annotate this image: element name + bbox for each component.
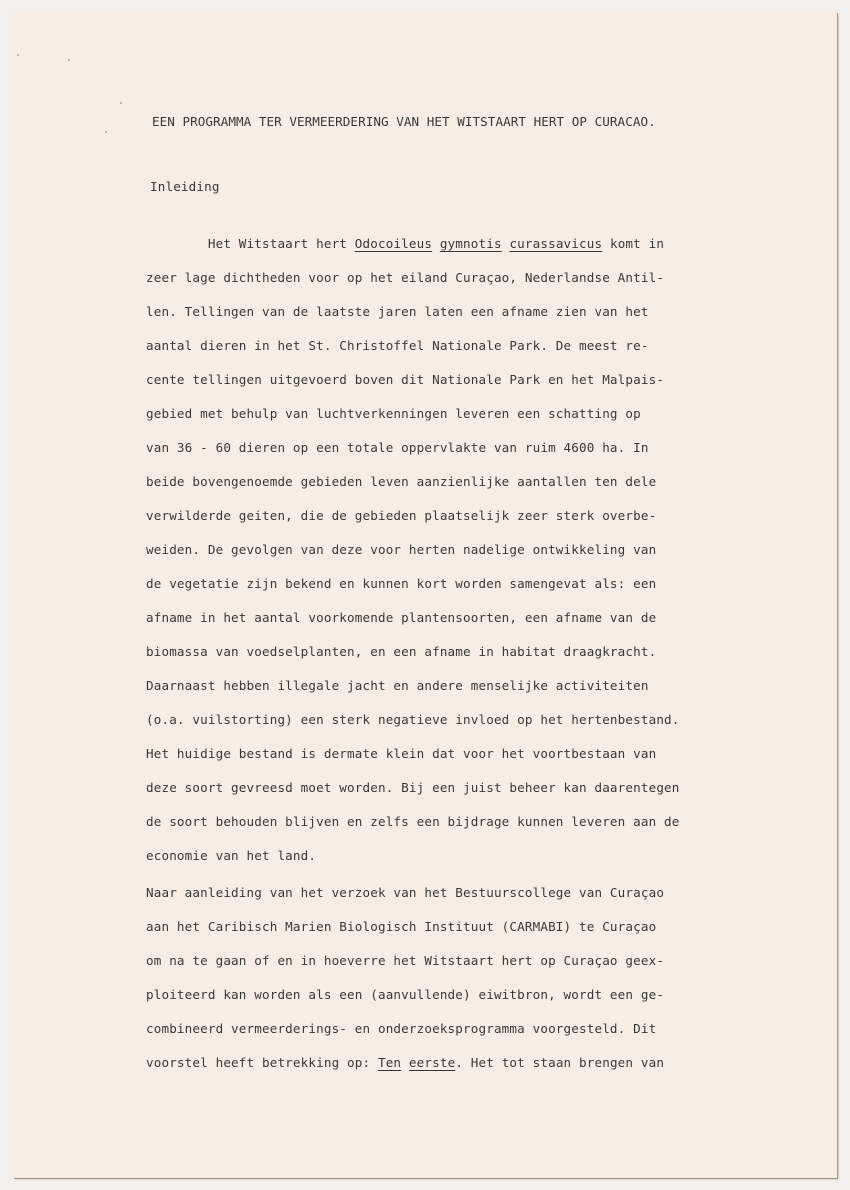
paragraph-line: biomassa van voedselplanten, en een afna…	[146, 643, 656, 661]
paragraph-line: aan het Caribisch Marien Biologisch Inst…	[146, 918, 656, 936]
species-genus: Odocoileus	[355, 236, 432, 251]
paper-speck	[17, 54, 19, 56]
paragraph-line: (o.a. vuilstorting) een sterk negatieve …	[146, 711, 680, 729]
paragraph-line: combineerd vermeerderings- en onderzoeks…	[146, 1020, 656, 1038]
paragraph-line: len. Tellingen van de laatste jaren late…	[146, 303, 649, 321]
paragraph-line: cente tellingen uitgevoerd boven dit Nat…	[146, 371, 664, 389]
paper-speck	[120, 102, 122, 104]
paragraph-line: beide bovengenoemde gebieden leven aanzi…	[146, 473, 656, 491]
paragraph-line: ploiteerd kan worden als een (aanvullend…	[146, 986, 664, 1004]
text-run	[401, 1055, 409, 1070]
text-run: voorstel heeft betrekking op:	[146, 1055, 378, 1070]
paragraph-line: afname in het aantal voorkomende planten…	[146, 609, 656, 627]
paragraph-line: Daarnaast hebben illegale jacht en ander…	[146, 677, 649, 695]
paragraph-line: aantal dieren in het St. Christoffel Nat…	[146, 337, 649, 355]
document-title: EEN PROGRAMMA TER VERMEERDERING VAN HET …	[152, 114, 656, 129]
paragraph-line: verwilderde geiten, die de gebieden plaa…	[146, 507, 656, 525]
paragraph-line: Het Witstaart hert Odocoileus gymnotis c…	[146, 235, 664, 253]
species-subspecies: curassavicus	[509, 236, 602, 251]
paragraph-line: de soort behouden blijven en zelfs een b…	[146, 813, 680, 831]
paragraph-line: zeer lage dichtheden voor op het eiland …	[146, 269, 664, 287]
paragraph-line: gebied met behulp van luchtverkenningen …	[146, 405, 641, 423]
text-run: . Het tot staan brengen van	[455, 1055, 664, 1070]
paper-speck	[68, 59, 70, 61]
paragraph-line: economie van het land.	[146, 847, 316, 865]
paragraph-line: Naar aanleiding van het verzoek van het …	[146, 884, 664, 902]
section-heading: Inleiding	[150, 179, 220, 194]
text-run	[432, 236, 440, 251]
paragraph-line: deze soort gevreesd moet worden. Bij een…	[146, 779, 680, 797]
paragraph-line: de vegetatie zijn bekend en kunnen kort …	[146, 575, 656, 593]
paragraph-line: van 36 - 60 dieren op een totale oppervl…	[146, 439, 649, 457]
species-name: gymnotis	[440, 236, 502, 251]
paragraph-line: voorstel heeft betrekking op: Ten eerste…	[146, 1054, 664, 1072]
text-run: Het Witstaart hert	[146, 236, 355, 251]
text-run: komt in	[602, 236, 664, 251]
emphasis-eerste: eerste	[409, 1055, 455, 1070]
paragraph-line: om na te gaan of en in hoeverre het Wits…	[146, 952, 664, 970]
paragraph-line: weiden. De gevolgen van deze voor herten…	[146, 541, 656, 559]
paragraph-line: Het huidige bestand is dermate klein dat…	[146, 745, 656, 763]
emphasis-ten: Ten	[378, 1055, 401, 1070]
paper-speck	[105, 131, 107, 133]
